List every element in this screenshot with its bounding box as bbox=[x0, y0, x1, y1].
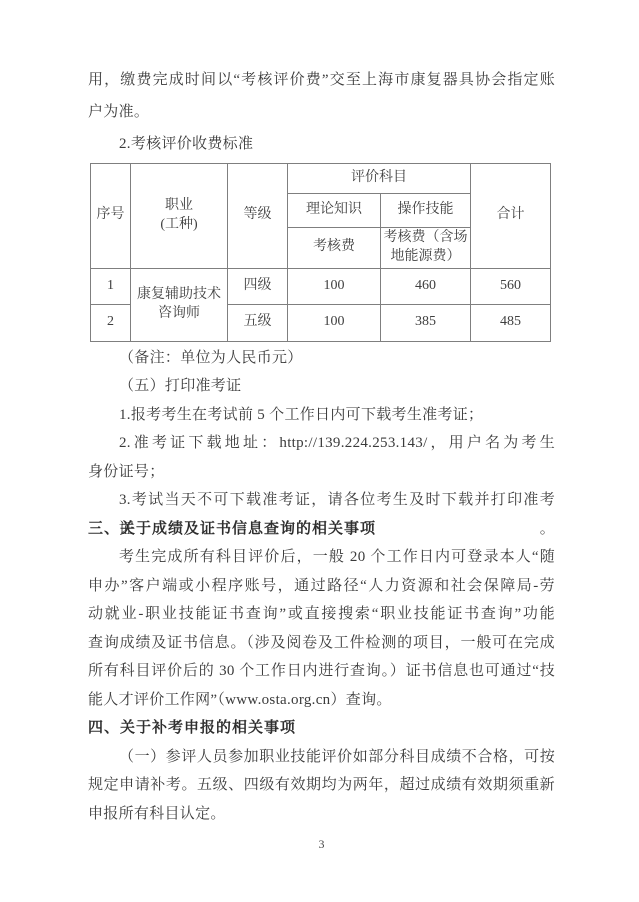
table-row: 1 康复辅助技术 咨询师 四级 100 460 560 bbox=[91, 268, 551, 304]
header-skill-fee: 考核费（含场地能源费） bbox=[381, 228, 471, 269]
body-line: 申办”客户端或小程序账号，通过路径“人力资源和社会保障局-劳 bbox=[88, 572, 555, 601]
cell-total: 485 bbox=[471, 304, 551, 341]
fee-table: 序号 职业 (工种) 等级 评价科目 合计 理论知识 操作技能 考核费 考核费（… bbox=[90, 163, 551, 342]
cell-total: 560 bbox=[471, 268, 551, 304]
header-level: 等级 bbox=[228, 164, 288, 269]
table-header-row: 序号 职业 (工种) 等级 评价科目 合计 bbox=[91, 164, 551, 194]
header-occupation: 职业 (工种) bbox=[131, 164, 228, 269]
header-no: 序号 bbox=[91, 164, 131, 269]
cell-no: 1 bbox=[91, 268, 131, 304]
header-skill: 操作技能 bbox=[381, 194, 471, 228]
header-subjects: 评价科目 bbox=[288, 164, 471, 194]
body-line: 考生完成所有科目评价后，一般 20 个工作日内可登录本人“随 bbox=[88, 543, 555, 572]
document-content: 用，缴费完成时间以“考核评价费”交至上海市康复器具协会指定账 户为准。 2.考核… bbox=[88, 0, 555, 852]
document-page: 用，缴费完成时间以“考核评价费”交至上海市康复器具协会指定账 户为准。 2.考核… bbox=[0, 0, 639, 902]
cell-theory-fee: 100 bbox=[288, 268, 381, 304]
body-line: 户为准。 bbox=[88, 96, 555, 128]
body-line: 能人才评价工作网”（www.osta.org.cn）查询。 bbox=[88, 686, 555, 715]
cell-skill-fee: 460 bbox=[381, 268, 471, 304]
body-line: （一）参评人员参加职业技能评价如部分科目成绩不合格，可按 bbox=[88, 743, 555, 772]
header-total: 合计 bbox=[471, 164, 551, 269]
list-item: 1.报考考生在考试前 5 个工作日内可下载考生准考证； bbox=[88, 401, 555, 430]
cell-occupation: 康复辅助技术 咨询师 bbox=[131, 268, 228, 341]
body-line: 用，缴费完成时间以“考核评价费”交至上海市康复器具协会指定账 bbox=[88, 64, 555, 96]
table-note: （备注：单位为人民币元） bbox=[88, 344, 555, 373]
body-line: 所有科目评价后的 30 个工作日内进行查询。）证书信息也可通过“技 bbox=[88, 657, 555, 686]
cell-no: 2 bbox=[91, 304, 131, 341]
list-item: 3.考试当天不可下载准考证，请各位考生及时下载并打印准考证。 bbox=[88, 486, 555, 515]
header-theory-fee: 考核费 bbox=[288, 228, 381, 269]
body-line: 动就业-职业技能证书查询”或直接搜索“职业技能证书查询”功能 bbox=[88, 600, 555, 629]
subsection-label: 2.考核评价收费标准 bbox=[88, 128, 555, 160]
cell-level: 四级 bbox=[228, 268, 288, 304]
list-item: 2.准考证下载地址：http://139.224.253.143/，用户名为考生 bbox=[88, 429, 555, 458]
page-number: 3 bbox=[88, 836, 555, 852]
section-heading-4: 四、关于补考申报的相关事项 bbox=[88, 714, 555, 743]
body-line: 规定申请补考。五级、四级有效期均为两年，超过成绩有效期须重新 bbox=[88, 771, 555, 800]
header-theory: 理论知识 bbox=[288, 194, 381, 228]
cell-skill-fee: 385 bbox=[381, 304, 471, 341]
cell-theory-fee: 100 bbox=[288, 304, 381, 341]
body-line: 查询成绩及证书信息。（涉及阅卷及工件检测的项目，一般可在完成 bbox=[88, 629, 555, 658]
cell-level: 五级 bbox=[228, 304, 288, 341]
body-line: 申报所有科目认定。 bbox=[88, 800, 555, 829]
body-line: 身份证号； bbox=[88, 458, 555, 487]
subsection-title: （五）打印准考证 bbox=[88, 372, 555, 401]
